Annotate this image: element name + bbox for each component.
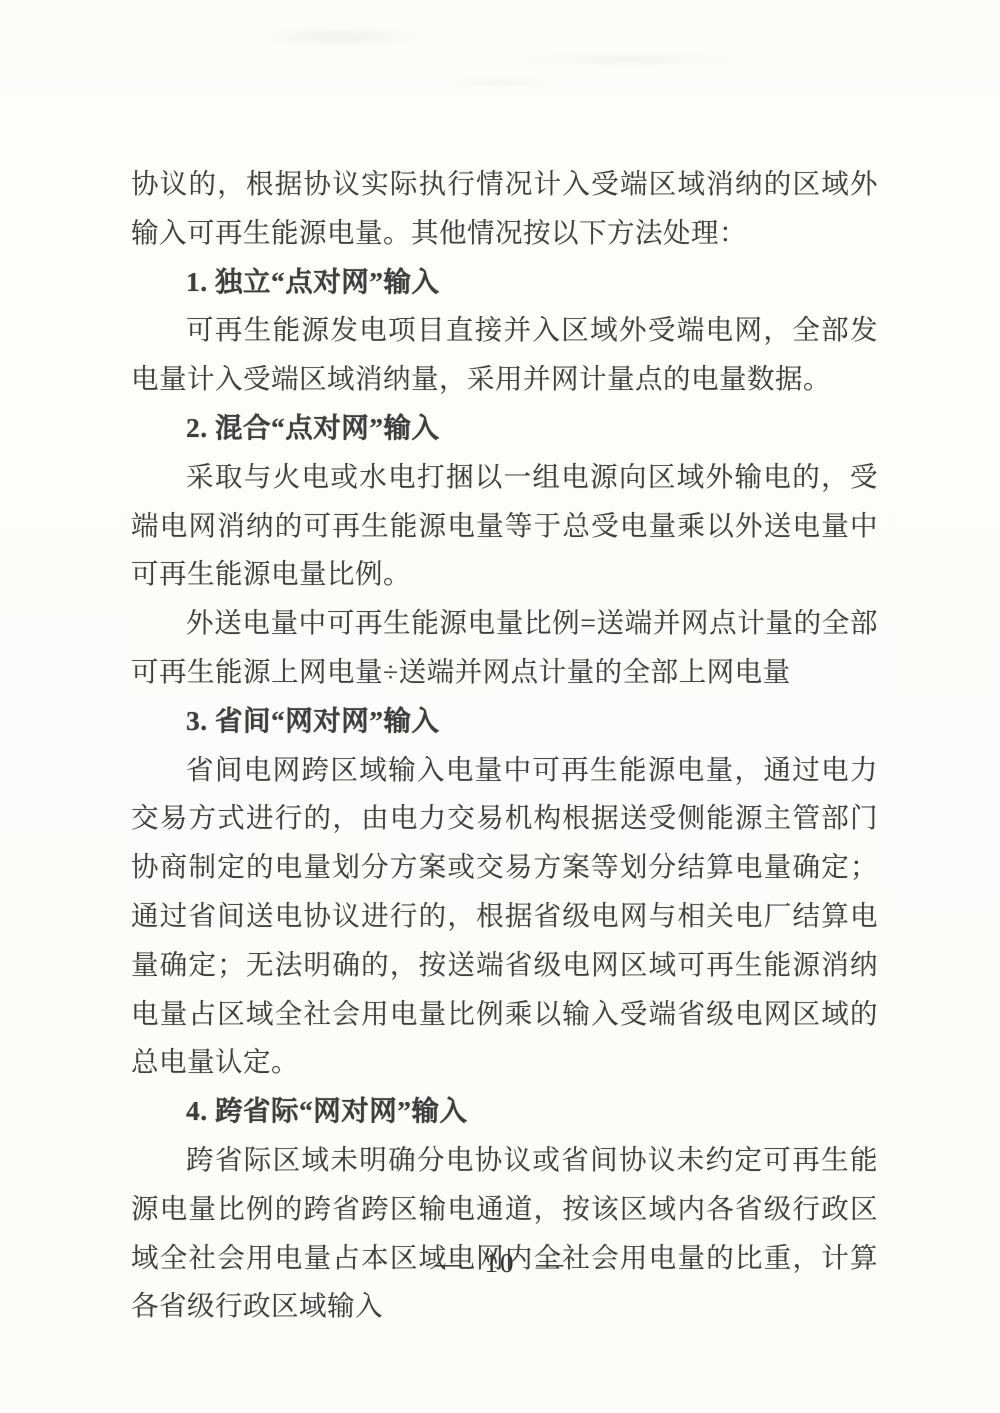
section-heading: 3. 省间“网对网”输入 bbox=[131, 697, 878, 746]
page-footer: — 10 — bbox=[0, 1248, 1000, 1279]
body-paragraph: 跨省际区域未明确分电协议或省间协议未约定可再生能源电量比例的跨省跨区输电通道，按… bbox=[131, 1136, 878, 1331]
body-paragraph: 协议的，根据协议实际执行情况计入受端区域消纳的区域外输入可再生能源电量。其他情况… bbox=[131, 160, 878, 258]
scan-smudge-artifact bbox=[180, 10, 820, 100]
section-heading: 4. 跨省际“网对网”输入 bbox=[131, 1087, 878, 1136]
document-page: 协议的，根据协议实际执行情况计入受端区域消纳的区域外输入可再生能源电量。其他情况… bbox=[0, 0, 1000, 1413]
section-heading: 1. 独立“点对网”输入 bbox=[131, 258, 878, 307]
section-heading: 2. 混合“点对网”输入 bbox=[131, 404, 878, 453]
body-paragraph: 外送电量中可再生能源电量比例=送端并网点计量的全部可再生能源上网电量÷送端并网点… bbox=[131, 599, 878, 697]
body-paragraph: 采取与火电或水电打捆以一组电源向区域外输电的，受端电网消纳的可再生能源电量等于总… bbox=[131, 453, 878, 599]
document-body: 协议的，根据协议实际执行情况计入受端区域消纳的区域外输入可再生能源电量。其他情况… bbox=[131, 160, 878, 1331]
body-paragraph: 省间电网跨区域输入电量中可再生能源电量，通过电力交易方式进行的，由电力交易机构根… bbox=[131, 746, 878, 1088]
body-paragraph: 可再生能源发电项目直接并入区域外受端电网，全部发电量计入受端区域消纳量，采用并网… bbox=[131, 306, 878, 404]
page-number: — 10 — bbox=[435, 1248, 566, 1278]
